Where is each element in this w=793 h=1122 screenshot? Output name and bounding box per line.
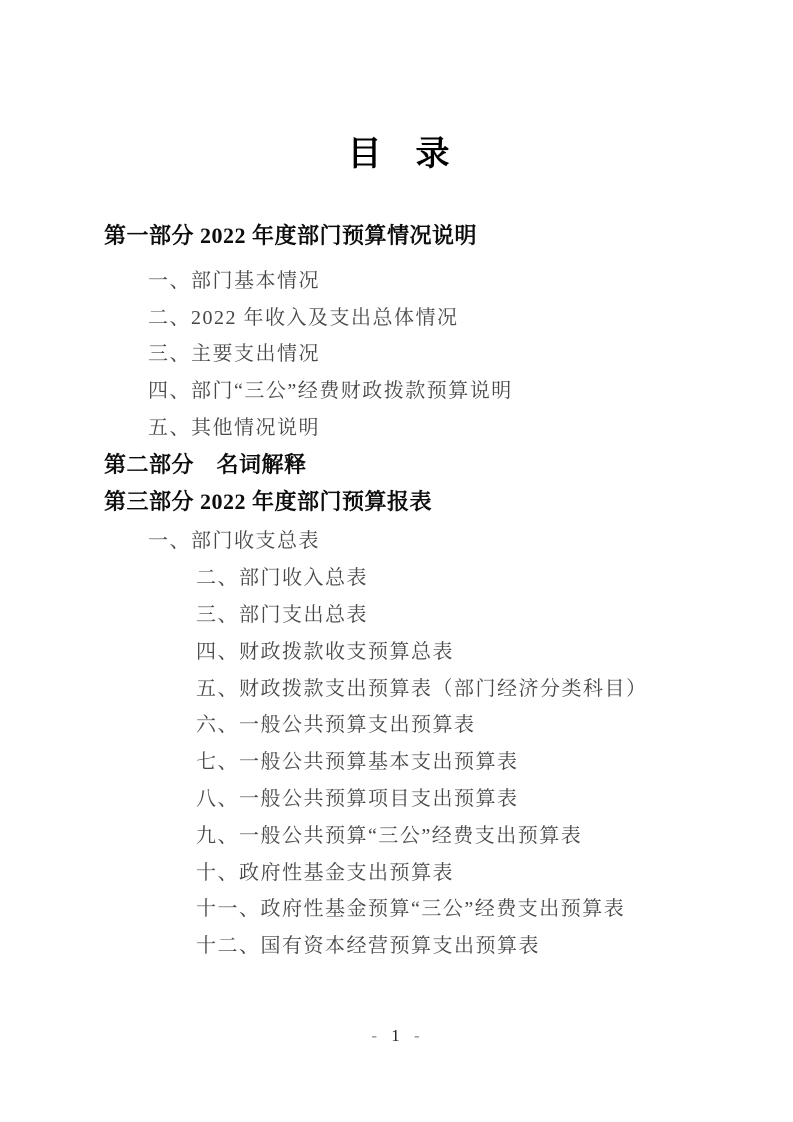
toc-item: 五、其他情况说明: [148, 410, 733, 447]
toc-item: 七、一般公共预算基本支出预算表: [196, 744, 733, 781]
toc-item: 一、部门收支总表: [148, 523, 733, 560]
section-3-heading: 第三部分 2022 年度部门预算报表: [104, 484, 733, 521]
toc-item: 六、一般公共预算支出预算表: [196, 707, 733, 744]
toc-item: 十、政府性基金支出预算表: [196, 855, 733, 892]
footer-left-dash: -: [371, 1026, 379, 1045]
toc-item: 十一、政府性基金预算“三公”经费支出预算表: [196, 891, 733, 928]
toc-item: 八、一般公共预算项目支出预算表: [196, 781, 733, 818]
footer-right-dash: -: [414, 1026, 422, 1045]
toc-item: 三、主要支出情况: [148, 336, 733, 373]
page-number-footer: - 1 -: [0, 1026, 793, 1046]
section-2-heading: 第二部分 名词解释: [104, 447, 733, 484]
footer-page-number: 1: [385, 1026, 408, 1045]
toc-item: 四、财政拨款收支预算总表: [196, 634, 733, 671]
section-1-heading: 第一部分 2022 年度部门预算情况说明: [104, 218, 733, 255]
toc-item: 三、部门支出总表: [196, 597, 733, 634]
document-page: 目 录 第一部分 2022 年度部门预算情况说明 一、部门基本情况 二、2022…: [0, 0, 793, 1122]
toc-item: 二、2022 年收入及支出总体情况: [148, 300, 733, 337]
toc-item: 五、财政拨款支出预算表（部门经济分类科目）: [196, 671, 733, 708]
document-title: 目 录: [104, 138, 693, 172]
toc-item: 九、一般公共预算“三公”经费支出预算表: [196, 818, 733, 855]
toc-item: 一、部门基本情况: [148, 263, 733, 300]
toc-item: 十二、国有资本经营预算支出预算表: [196, 928, 733, 965]
toc-item: 二、部门收入总表: [196, 560, 733, 597]
toc-item: 四、部门“三公”经费财政拨款预算说明: [148, 373, 733, 410]
table-of-contents: 第一部分 2022 年度部门预算情况说明 一、部门基本情况 二、2022 年收入…: [104, 218, 733, 965]
